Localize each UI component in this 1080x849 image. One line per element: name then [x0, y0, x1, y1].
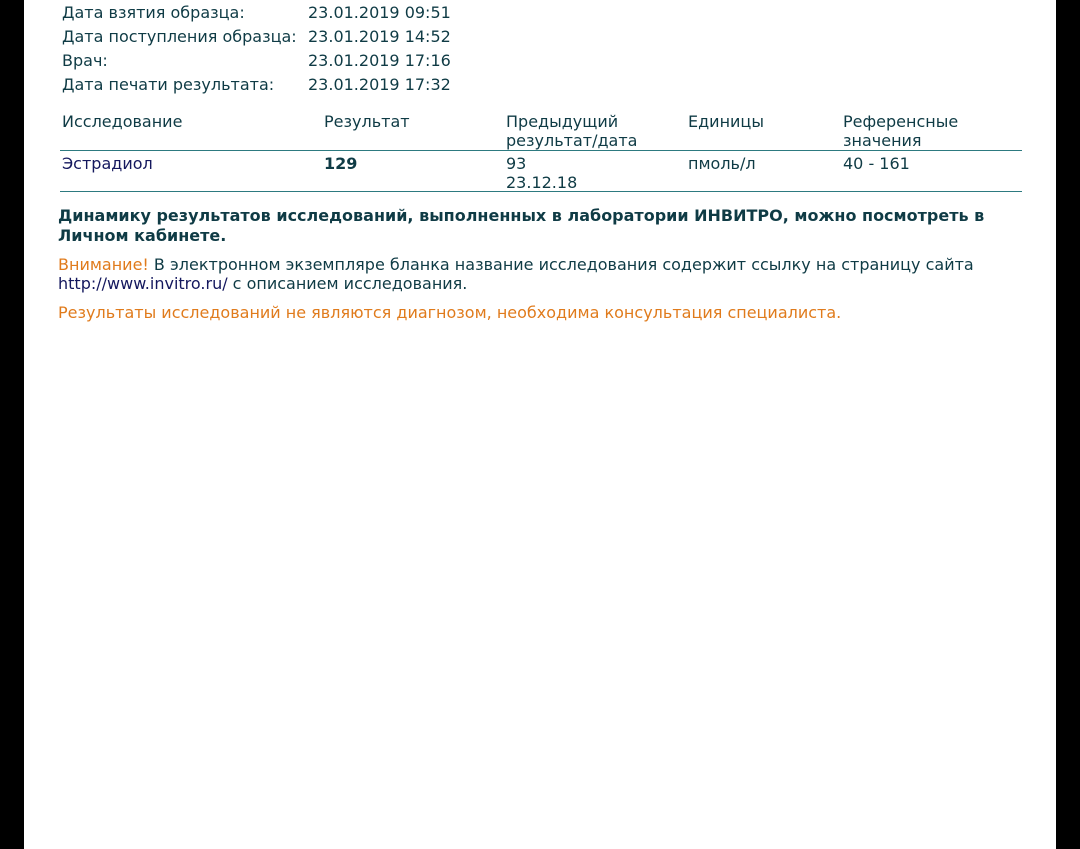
meta-label-sample-received: Дата поступления образца:	[62, 27, 297, 47]
meta-label-print-date: Дата печати результата:	[62, 75, 274, 95]
header-reference: Референсные значения	[843, 112, 958, 150]
previous-result-date: 23.12.18	[506, 173, 577, 192]
header-reference-line2: значения	[843, 131, 958, 150]
meta-value-print-date: 23.01.2019 17:32	[308, 75, 451, 95]
attention-note: Внимание! В электронном экземпляре бланк…	[58, 255, 1008, 293]
test-name-link[interactable]: Эстрадиол	[62, 154, 153, 173]
invitro-link[interactable]: http://www.invitro.ru/	[58, 274, 228, 293]
header-result: Результат	[324, 112, 410, 131]
header-units: Единицы	[688, 112, 764, 131]
header-previous-line1: Предыдущий	[506, 112, 637, 131]
meta-value-doctor: 23.01.2019 17:16	[308, 51, 451, 71]
header-reference-line1: Референсные	[843, 112, 958, 131]
reference-value: 40 - 161	[843, 154, 910, 173]
attention-text-1: В электронном экземпляре бланка название…	[149, 255, 974, 274]
document-page: Дата взятия образца: 23.01.2019 09:51 Да…	[24, 0, 1056, 849]
attention-text-2: с описанием исследования.	[228, 274, 468, 293]
previous-result: 93 23.12.18	[506, 154, 577, 192]
dynamics-note: Динамику результатов исследований, выпол…	[58, 206, 998, 246]
units-value: пмоль/л	[688, 154, 756, 173]
meta-label-sample-taken: Дата взятия образца:	[62, 3, 245, 23]
table-bottom-divider	[60, 191, 1022, 192]
meta-value-sample-taken: 23.01.2019 09:51	[308, 3, 451, 23]
disclaimer-note: Результаты исследований не являются диаг…	[58, 303, 1008, 322]
header-test: Исследование	[62, 112, 182, 131]
header-previous-line2: результат/дата	[506, 131, 637, 150]
meta-value-sample-received: 23.01.2019 14:52	[308, 27, 451, 47]
header-previous: Предыдущий результат/дата	[506, 112, 637, 150]
attention-label: Внимание!	[58, 255, 149, 274]
result-value: 129	[324, 154, 357, 173]
previous-result-value: 93	[506, 154, 577, 173]
meta-label-doctor: Врач:	[62, 51, 108, 71]
table-header-divider	[60, 150, 1022, 151]
